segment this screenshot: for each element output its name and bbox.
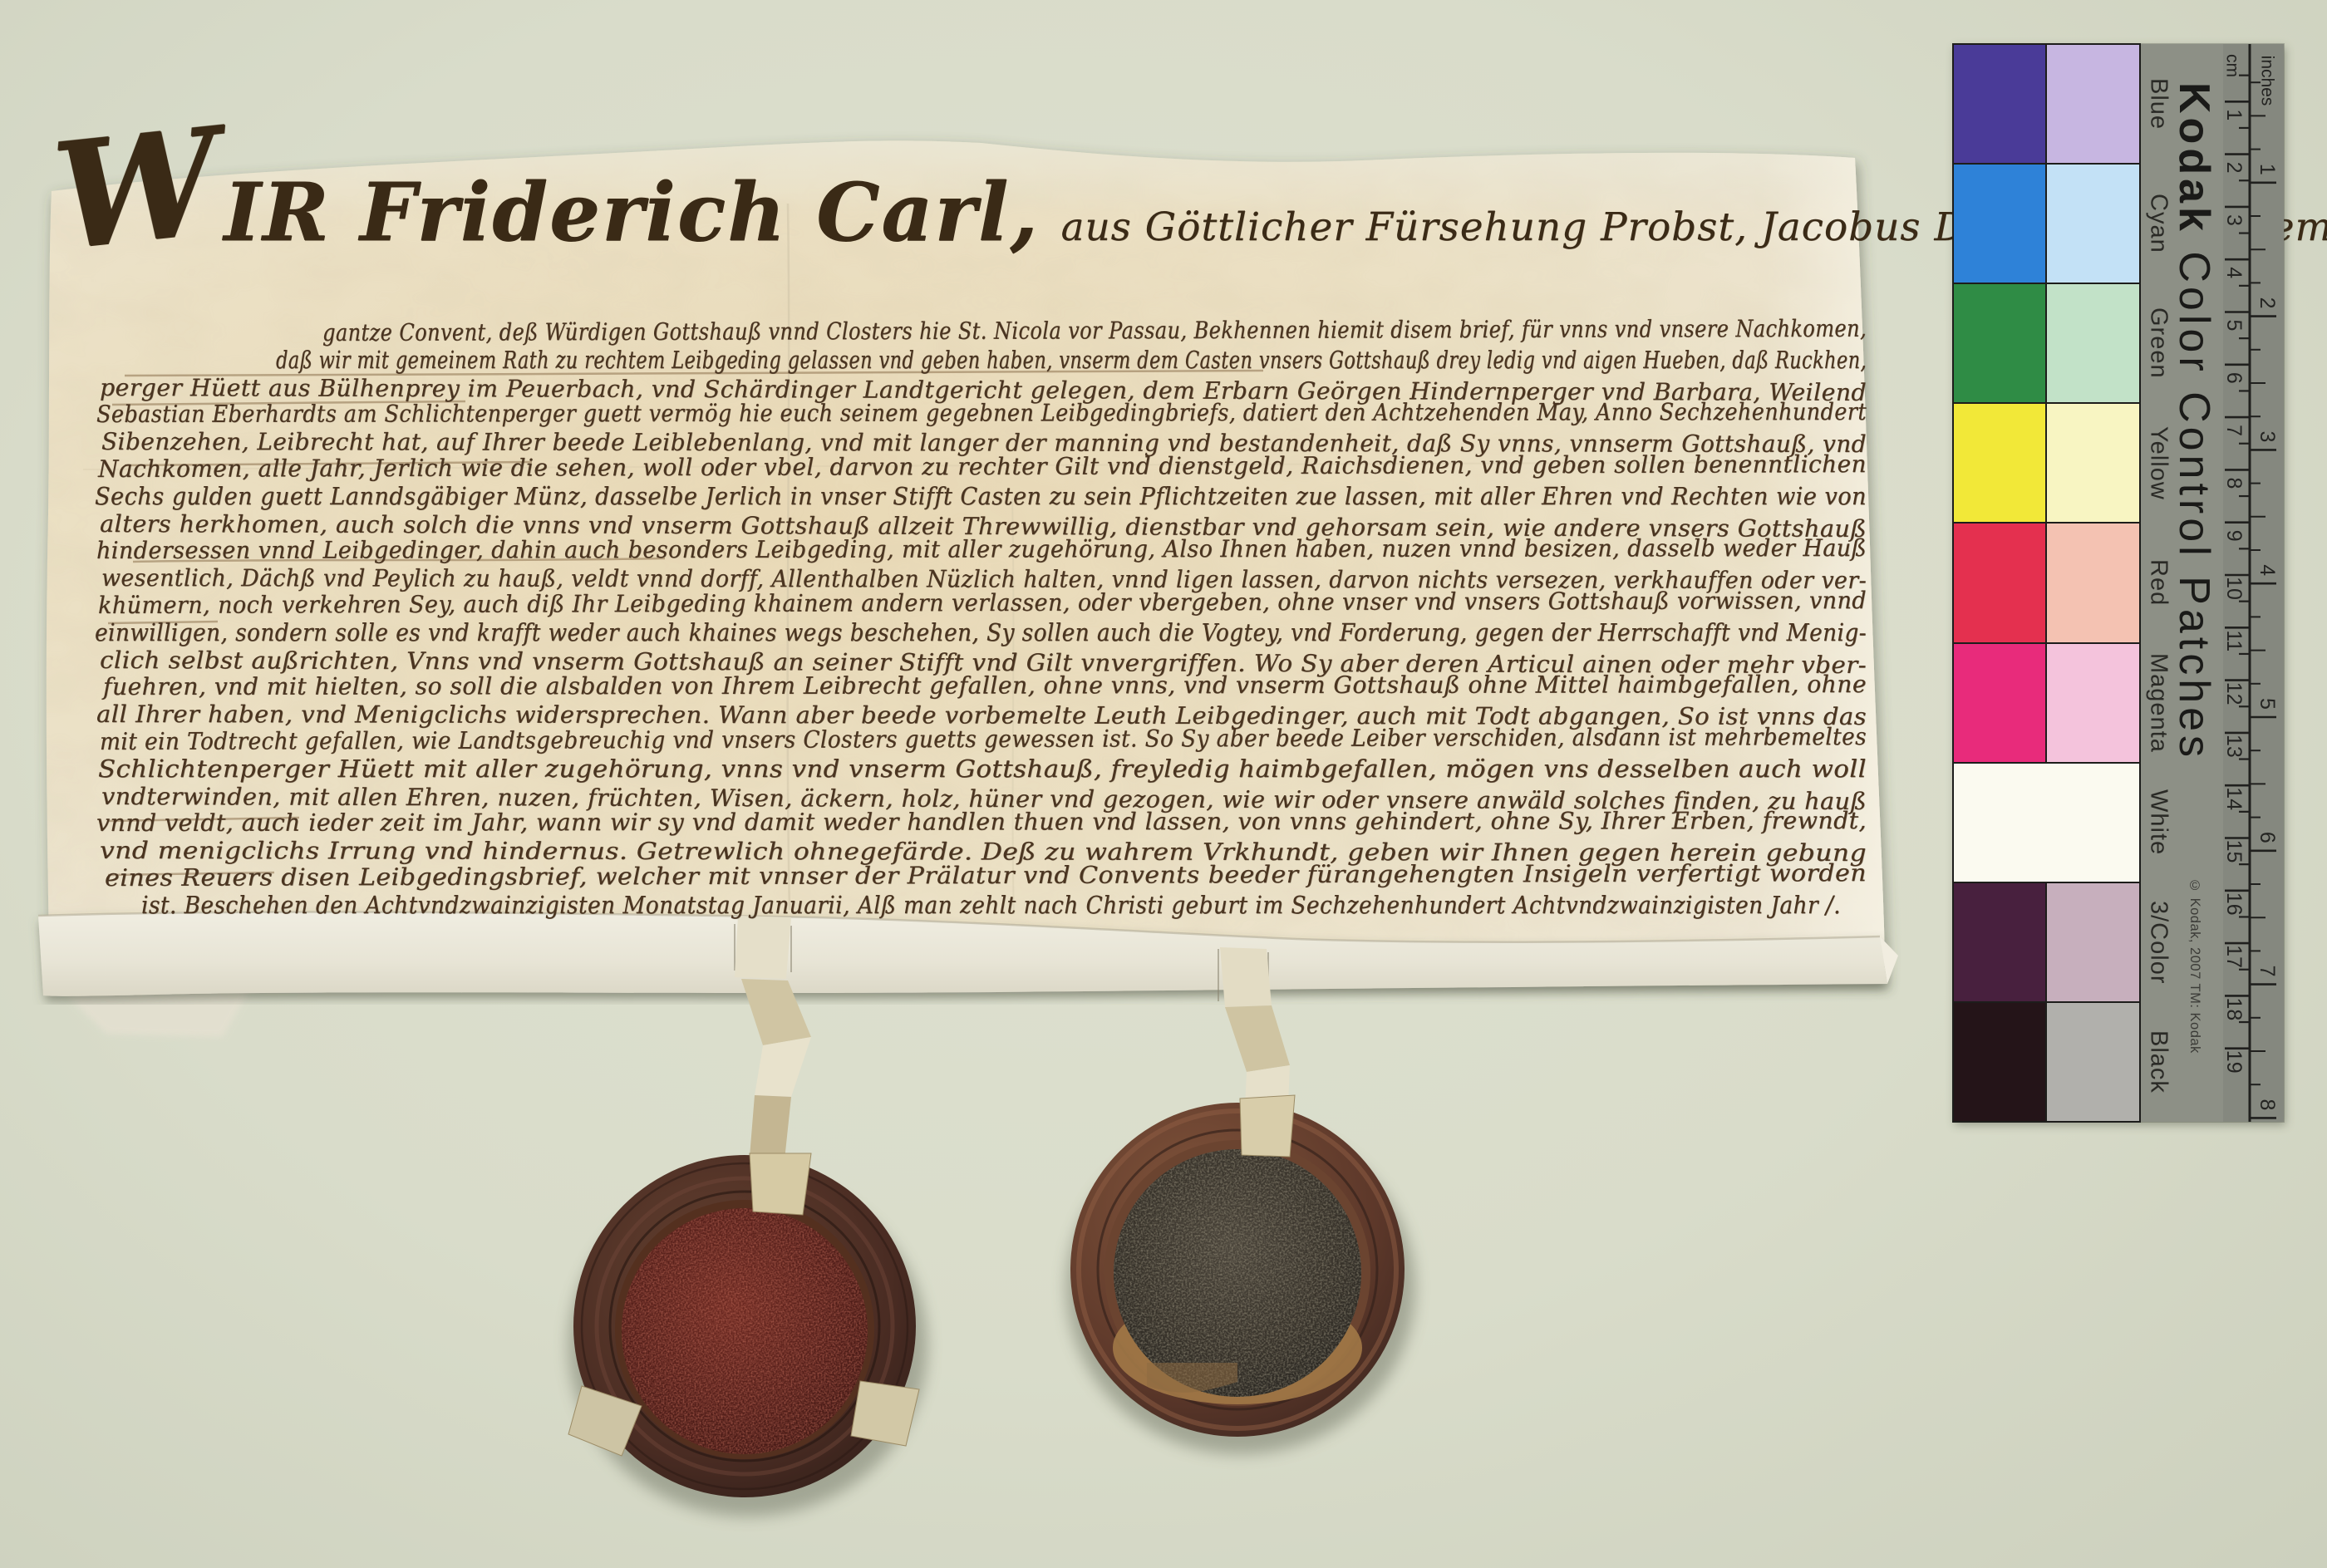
patch-blue-light [2046,44,2140,164]
color-card-ruler: cminches12345678910111213141516171819123… [2202,44,2284,1122]
patch-3/color-light [2046,882,2140,1002]
svg-text:17: 17 [2222,945,2246,968]
patch-magenta-dark [1953,643,2046,763]
svg-text:8: 8 [2256,1099,2279,1110]
svg-text:1: 1 [2222,109,2246,120]
svg-text:2: 2 [2256,297,2279,309]
svg-text:7: 7 [2256,966,2279,977]
svg-text:2: 2 [2222,162,2246,174]
svg-text:5: 5 [2256,698,2279,710]
svg-text:9: 9 [2222,530,2246,542]
patch-yellow-light [2046,403,2140,523]
svg-text:1: 1 [2256,164,2279,175]
color-card-copyright: © Kodak, 2007 TM: Kodak [2174,878,2202,1094]
svg-text:12: 12 [2222,682,2246,705]
parchment [33,125,1903,1005]
patch-cyan-light [2046,164,2140,283]
svg-text:11: 11 [2222,630,2246,651]
patch-black-light [2046,1002,2140,1122]
archival-photo-scene: W IR Friderich Carl, aus Göttlicher Fürs… [0,0,2327,1568]
svg-text:19: 19 [2222,1050,2246,1074]
svg-text:14: 14 [2222,787,2246,810]
card-label-3/color: 3/Color [2141,882,2176,1002]
right-seal [1066,1095,1415,1454]
svg-text:15: 15 [2222,840,2246,863]
patch-red-light [2046,523,2140,643]
svg-text:cm: cm [2223,54,2242,77]
patch-blue-dark [1953,44,2046,164]
color-card: BlueCyanGreenYellowRedMagentaWhite3/Colo… [1953,44,2284,1122]
patch-green-light [2046,283,2140,403]
patch-yellow-dark [1953,403,2046,523]
svg-text:inches: inches [2258,56,2277,106]
svg-text:6: 6 [2222,372,2246,384]
patch-cyan-dark [1953,164,2046,283]
card-label-black: Black [2141,1002,2176,1122]
svg-text:3: 3 [2222,214,2246,226]
patch-white [1953,763,2140,882]
svg-text:4: 4 [2222,267,2246,278]
svg-text:4: 4 [2256,564,2279,576]
svg-text:13: 13 [2222,735,2246,758]
patch-green-dark [1953,283,2046,403]
svg-text:18: 18 [2222,997,2246,1020]
patch-3/color-dark [1953,882,2046,1002]
left-seal [568,1153,927,1516]
svg-text:3: 3 [2256,430,2279,442]
svg-text:10: 10 [2222,577,2246,600]
svg-text:5: 5 [2222,320,2246,332]
svg-text:8: 8 [2222,477,2246,489]
svg-text:7: 7 [2222,425,2246,436]
patch-black-dark [1953,1002,2046,1122]
patch-magenta-light [2046,643,2140,763]
patch-red-dark [1953,523,2046,643]
svg-text:6: 6 [2256,832,2279,843]
svg-text:16: 16 [2222,892,2246,916]
